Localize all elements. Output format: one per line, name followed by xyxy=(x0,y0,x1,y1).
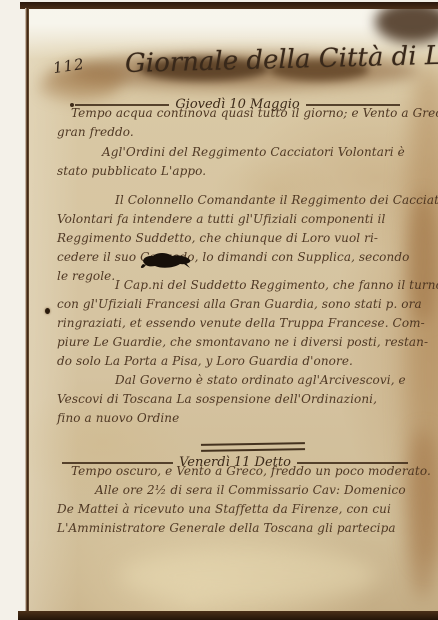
text-line: Agl'Ordini del Reggimento Cacciatori Vol… xyxy=(57,143,424,162)
scan-edge-left xyxy=(0,0,26,620)
paragraph-colonnello: Il Colonnello Comandante il Reggimento d… xyxy=(57,191,424,286)
manuscript-page: 112 Giornale della Città di Livorno Giov… xyxy=(29,9,438,611)
text-line: I Cap.ni del Suddetto Reggimento, che fa… xyxy=(57,276,424,295)
text-line: De Mattei à ricevuto una Staffetta da Fi… xyxy=(57,500,424,519)
paragraph-capitani: I Cap.ni del Suddetto Reggimento, che fa… xyxy=(57,276,424,371)
text-line: Volontari fa intendere a tutti gl'Ufizia… xyxy=(57,210,424,229)
text-line: Vescovi di Toscana La sospensione dell'O… xyxy=(57,390,424,409)
text-line: ringraziati, et essendo venute della Tru… xyxy=(57,314,424,333)
text-line: fino a nuovo Ordine xyxy=(57,409,424,428)
text-line: Tempo acqua continova quasi tutto il gio… xyxy=(57,104,424,123)
text-line: Il Colonnello Comandante il Reggimento d… xyxy=(57,191,424,210)
page-number: 112 xyxy=(52,55,86,77)
text-line: cedere il suo Congedo, lo dimandi con Su… xyxy=(57,248,424,267)
paragraph-staffetta: Alle ore 2½ di sera il Commissario Cav: … xyxy=(57,481,424,538)
text-line: gran freddo. xyxy=(57,123,424,142)
ink-blot xyxy=(140,251,194,271)
journal-title: Giornale della Città di Livorno xyxy=(125,39,436,81)
text-line: con gl'Ufiziali Francesi alla Gran Guard… xyxy=(57,295,424,314)
text-line: Dal Governo è stato ordinato agl'Arcives… xyxy=(57,371,424,390)
paragraph-weather-2: Tempo oscuro, e Vento a Greco, freddo un… xyxy=(57,462,424,481)
scan-edge-bottom xyxy=(18,611,438,620)
text-line: piure Le Guardie, che smontavano ne i di… xyxy=(57,333,424,352)
paragraph-governo: Dal Governo è stato ordinato agl'Arcives… xyxy=(57,371,424,428)
manuscript-scan: 112 Giornale della Città di Livorno Giov… xyxy=(0,0,438,620)
text-line: L'Amministratore Generale della Toscana … xyxy=(57,519,424,538)
text-line: stato pubblicato L'appo. xyxy=(57,162,424,181)
paragraph-weather-1: Tempo acqua continova quasi tutto il gio… xyxy=(57,104,424,142)
text-line: do solo La Porta a Pisa, y Loro Guardia … xyxy=(57,352,424,371)
paragraph-orders: Agl'Ordini del Reggimento Cacciatori Vol… xyxy=(57,143,424,181)
scan-edge-top xyxy=(20,2,438,9)
stain-bottom-light xyxy=(119,548,379,603)
text-line: Alle ore 2½ di sera il Commissario Cav: … xyxy=(57,481,424,500)
section-divider xyxy=(201,442,305,452)
text-line: Reggimento Suddetto, che chiunque di Lor… xyxy=(57,229,424,248)
paper-hole xyxy=(45,308,50,314)
text-line: Tempo oscuro, e Vento a Greco, freddo un… xyxy=(57,462,424,481)
